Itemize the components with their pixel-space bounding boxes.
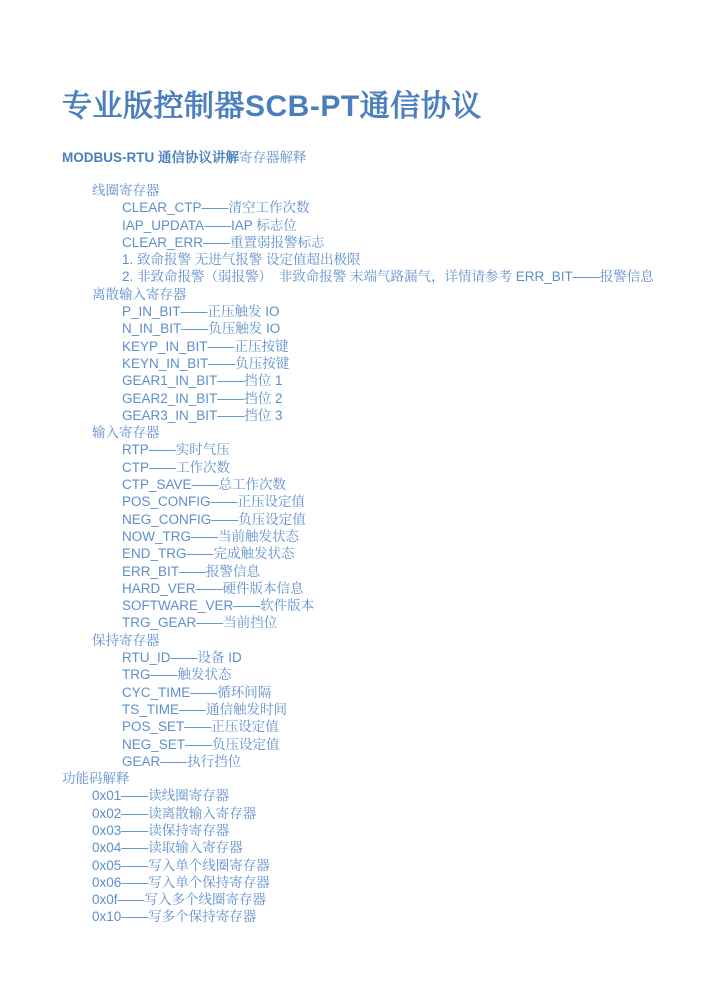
section-heading: 功能码解释	[62, 770, 677, 787]
outline-item: 0x0f——写入多个线圈寄存器	[92, 891, 677, 908]
outline-item: CLEAR_ERR——重置弱报警标志	[122, 234, 677, 251]
outline-item: KEYP_IN_BIT——正压按键	[122, 338, 677, 355]
outline-item: KEYN_IN_BIT——负压按键	[122, 355, 677, 372]
outline-item: ERR_BIT——报警信息	[122, 563, 677, 580]
outline-item: RTU_ID——设备 ID	[122, 649, 677, 666]
outline-item: NEG_CONFIG——负压设定值	[122, 511, 677, 528]
outline-item: POS_SET——正压设定值	[122, 718, 677, 735]
outline-item: GEAR3_IN_BIT——挡位 3	[122, 407, 677, 424]
document-page: 专业版控制器SCB-PT通信协议 MODBUS-RTU 通信协议讲解寄存器解释 …	[0, 0, 707, 999]
subtitle-regular-text: 寄存器解释	[239, 150, 307, 165]
outline-item: NOW_TRG——当前触发状态	[122, 528, 677, 545]
outline-item: RTP——实时气压	[122, 441, 677, 458]
outline-item: CLEAR_CTP——清空工作次数	[122, 199, 677, 216]
outline-item: 0x04——读取输入寄存器	[92, 839, 677, 856]
page-title: 专业版控制器SCB-PT通信协议	[62, 90, 677, 124]
outline-item: CYC_TIME——循环间隔	[122, 684, 677, 701]
outline-item: 0x02——读离散输入寄存器	[92, 805, 677, 822]
section-heading: 线圈寄存器	[92, 182, 677, 199]
section-heading: 离散输入寄存器	[92, 286, 677, 303]
outline-item: POS_CONFIG——正压设定值	[122, 493, 677, 510]
outline-item: GEAR——执行挡位	[122, 753, 677, 770]
outline-item: P_IN_BIT——正压触发 IO	[122, 303, 677, 320]
outline-item: 0x01——读线圈寄存器	[92, 787, 677, 804]
section-heading: 保持寄存器	[92, 632, 677, 649]
outline-item: HARD_VER——硬件版本信息	[122, 580, 677, 597]
outline-item: END_TRG——完成触发状态	[122, 545, 677, 562]
outline-item: 0x10——写多个保持寄存器	[92, 908, 677, 925]
outline-item: GEAR2_IN_BIT——挡位 2	[122, 390, 677, 407]
subtitle-bold-text: MODBUS-RTU 通信协议讲解	[62, 150, 239, 165]
outline-item: GEAR1_IN_BIT——挡位 1	[122, 372, 677, 389]
outline-item: NEG_SET——负压设定值	[122, 736, 677, 753]
outline-item: SOFTWARE_VER——软件版本	[122, 597, 677, 614]
outline-item: IAP_UPDATA——IAP 标志位	[122, 217, 677, 234]
outline-item: TRG——触发状态	[122, 666, 677, 683]
outline-item: TS_TIME——通信触发时间	[122, 701, 677, 718]
outline-item: 2. 非致命报警（弱报警） 非致命报警 末端气路漏气，详情请参考 ERR_BIT…	[122, 268, 677, 285]
outline-item: N_IN_BIT——负压触发 IO	[122, 320, 677, 337]
outline-item: CTP_SAVE——总工作次数	[122, 476, 677, 493]
outline-item: 0x06——写入单个保持寄存器	[92, 874, 677, 891]
outline-item: TRG_GEAR——当前挡位	[122, 614, 677, 631]
section-heading: 输入寄存器	[92, 424, 677, 441]
outline-item: 0x05——写入单个线圈寄存器	[92, 857, 677, 874]
subtitle: MODBUS-RTU 通信协议讲解寄存器解释	[62, 150, 677, 166]
outline-item: 1. 致命报警 无进气报警 设定值超出极限	[122, 251, 677, 268]
outline-item: CTP——工作次数	[122, 459, 677, 476]
register-outline: 线圈寄存器CLEAR_CTP——清空工作次数IAP_UPDATA——IAP 标志…	[62, 182, 677, 926]
outline-item: 0x03——读保持寄存器	[92, 822, 677, 839]
